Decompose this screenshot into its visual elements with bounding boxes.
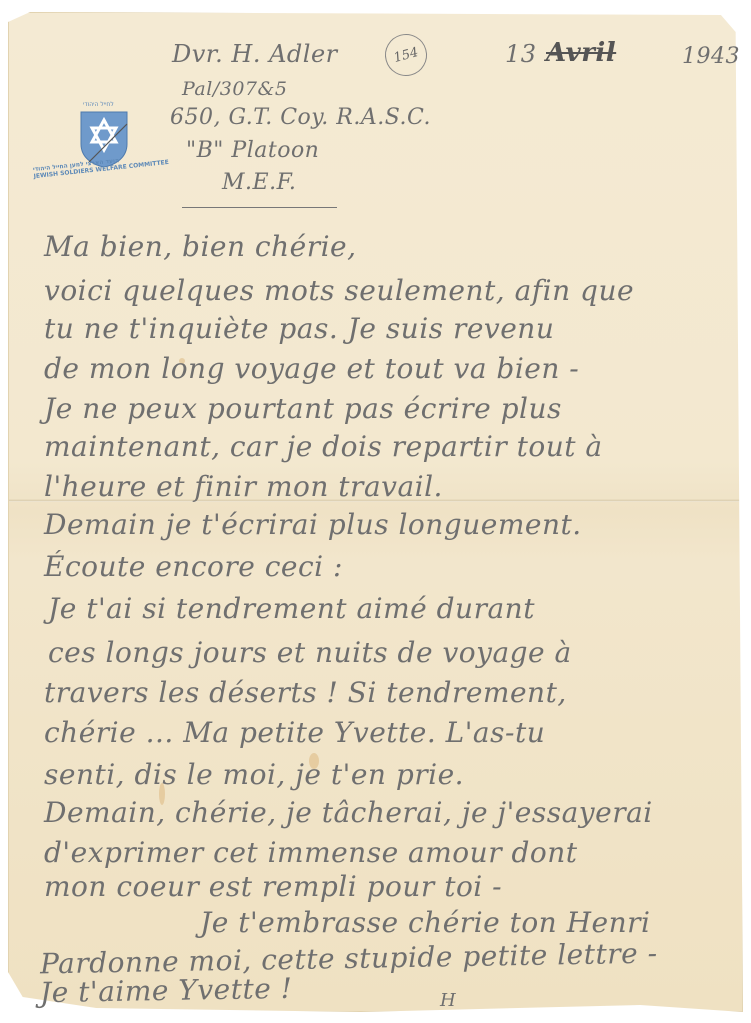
closing-signature: Je t'embrasse chérie ton Henri	[200, 906, 650, 939]
body-line: travers les déserts ! Si tendrement,	[44, 676, 567, 709]
body-line: chérie ... Ma petite Yvette. L'as-tu	[44, 716, 545, 749]
letterhead-hebrew-title: לחייל היהודי	[83, 101, 114, 108]
sender-unit: 650, G.T. Coy. R.A.S.C.	[170, 105, 431, 130]
body-line: Écoute encore ceci :	[44, 550, 343, 583]
body-line: d'exprimer cet immense amour dont	[44, 836, 578, 869]
body-line: Demain je t'écrirai plus longuement.	[44, 508, 582, 541]
sender-service-number: Pal/307&5	[182, 78, 288, 100]
letterhead-logo: לחייל היהודי הועד הארצי למען החייל היהוד…	[31, 101, 181, 181]
sender-force: M.E.F.	[222, 170, 296, 195]
date-month: Avril	[546, 38, 616, 68]
body-line: maintenant, car je dois repartir tout à	[44, 430, 603, 463]
salutation: Ma bien, bien chérie,	[44, 230, 357, 263]
body-line: Je ne peux pourtant pas écrire plus	[44, 392, 562, 425]
initial-signature: H	[440, 990, 456, 1011]
body-line: Je t'ai si tendrement aimé durant	[48, 592, 535, 625]
body-line: tu ne t'inquiète pas. Je suis revenu	[44, 312, 554, 345]
date-year: 1943	[682, 44, 740, 69]
body-line: senti, dis le moi, je t'en prie.	[44, 758, 464, 791]
body-line: voici quelques mots seulement, afin que	[44, 274, 634, 307]
address-divider	[182, 207, 337, 208]
postscript-line: Je t'aime Yvette !	[40, 972, 293, 1009]
body-line: Demain, chérie, je tâcherai, je j'essaye…	[44, 796, 653, 829]
body-line: mon coeur est rempli pour toi -	[44, 870, 502, 903]
date-day: 13	[505, 40, 537, 68]
sender-name: Dvr. H. Adler	[172, 40, 338, 68]
sender-platoon: "B" Platoon	[186, 138, 319, 163]
body-line: ces longs jours et nuits de voyage à	[48, 636, 572, 669]
body-line: l'heure et finir mon travail.	[44, 470, 443, 503]
body-line: de mon long voyage et tout va bien -	[44, 352, 579, 385]
